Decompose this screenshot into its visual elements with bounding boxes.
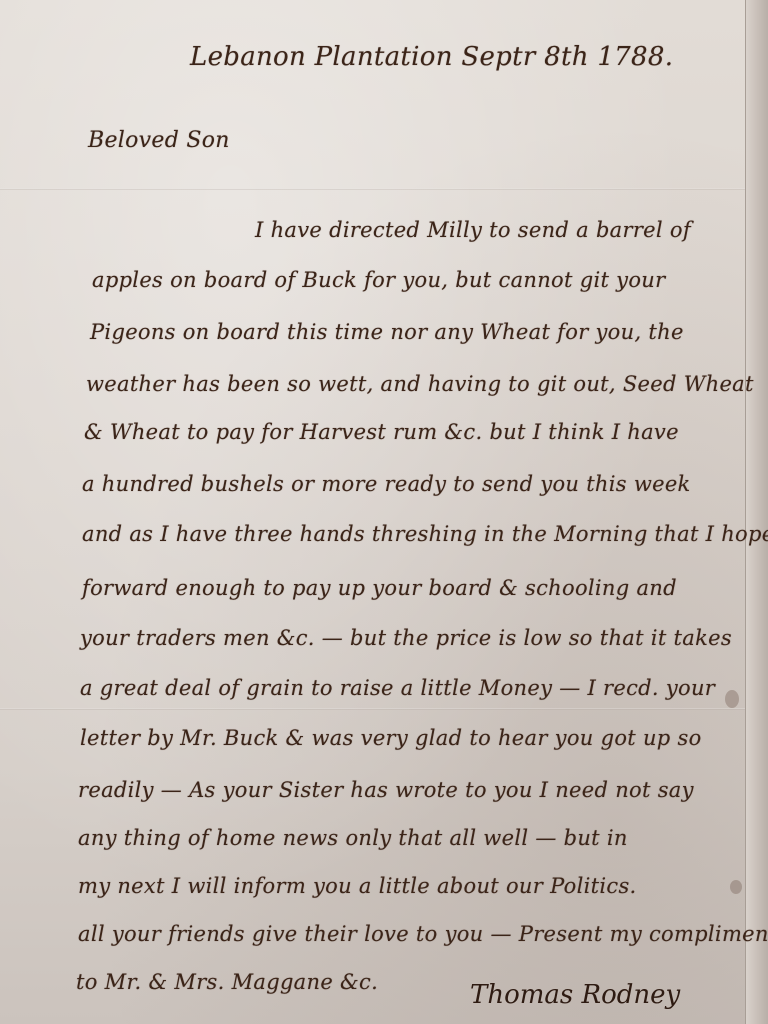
letter-heading-date: Lebanon Plantation Septr 8th 1788. — [190, 42, 673, 72]
ink-stain — [725, 690, 739, 708]
paper-fold-line — [0, 708, 768, 710]
ink-stain — [730, 880, 742, 894]
letter-line: forward enough to pay up your board & sc… — [82, 576, 677, 600]
letter-line: apples on board of Buck for you, but can… — [92, 268, 665, 292]
letter-line: readily — As your Sister has wrote to yo… — [78, 778, 694, 802]
letter-line: letter by Mr. Buck & was very glad to he… — [80, 726, 702, 750]
letter-line: I have directed Milly to send a barrel o… — [255, 218, 691, 242]
letter-line: any thing of home news only that all wel… — [78, 826, 628, 850]
letter-line: weather has been so wett, and having to … — [86, 372, 754, 396]
letter-page: Lebanon Plantation Septr 8th 1788. Belov… — [0, 0, 768, 1024]
paper-fold-line — [0, 188, 768, 190]
letter-line: your traders men &c. — but the price is … — [80, 626, 732, 650]
letter-line: & Wheat to pay for Harvest rum &c. but I… — [84, 420, 679, 444]
letter-line: to Mr. & Mrs. Maggane &c. — [76, 970, 378, 994]
letter-line: Pigeons on board this time nor any Wheat… — [90, 320, 684, 344]
signature: Thomas Rodney — [470, 980, 680, 1010]
letter-salutation: Beloved Son — [88, 128, 230, 153]
letter-line: a great deal of grain to raise a little … — [80, 676, 715, 700]
letter-line: and as I have three hands threshing in t… — [82, 522, 768, 546]
letter-line: a hundred bushels or more ready to send … — [82, 472, 691, 496]
paper-torn-edge — [745, 0, 768, 1024]
